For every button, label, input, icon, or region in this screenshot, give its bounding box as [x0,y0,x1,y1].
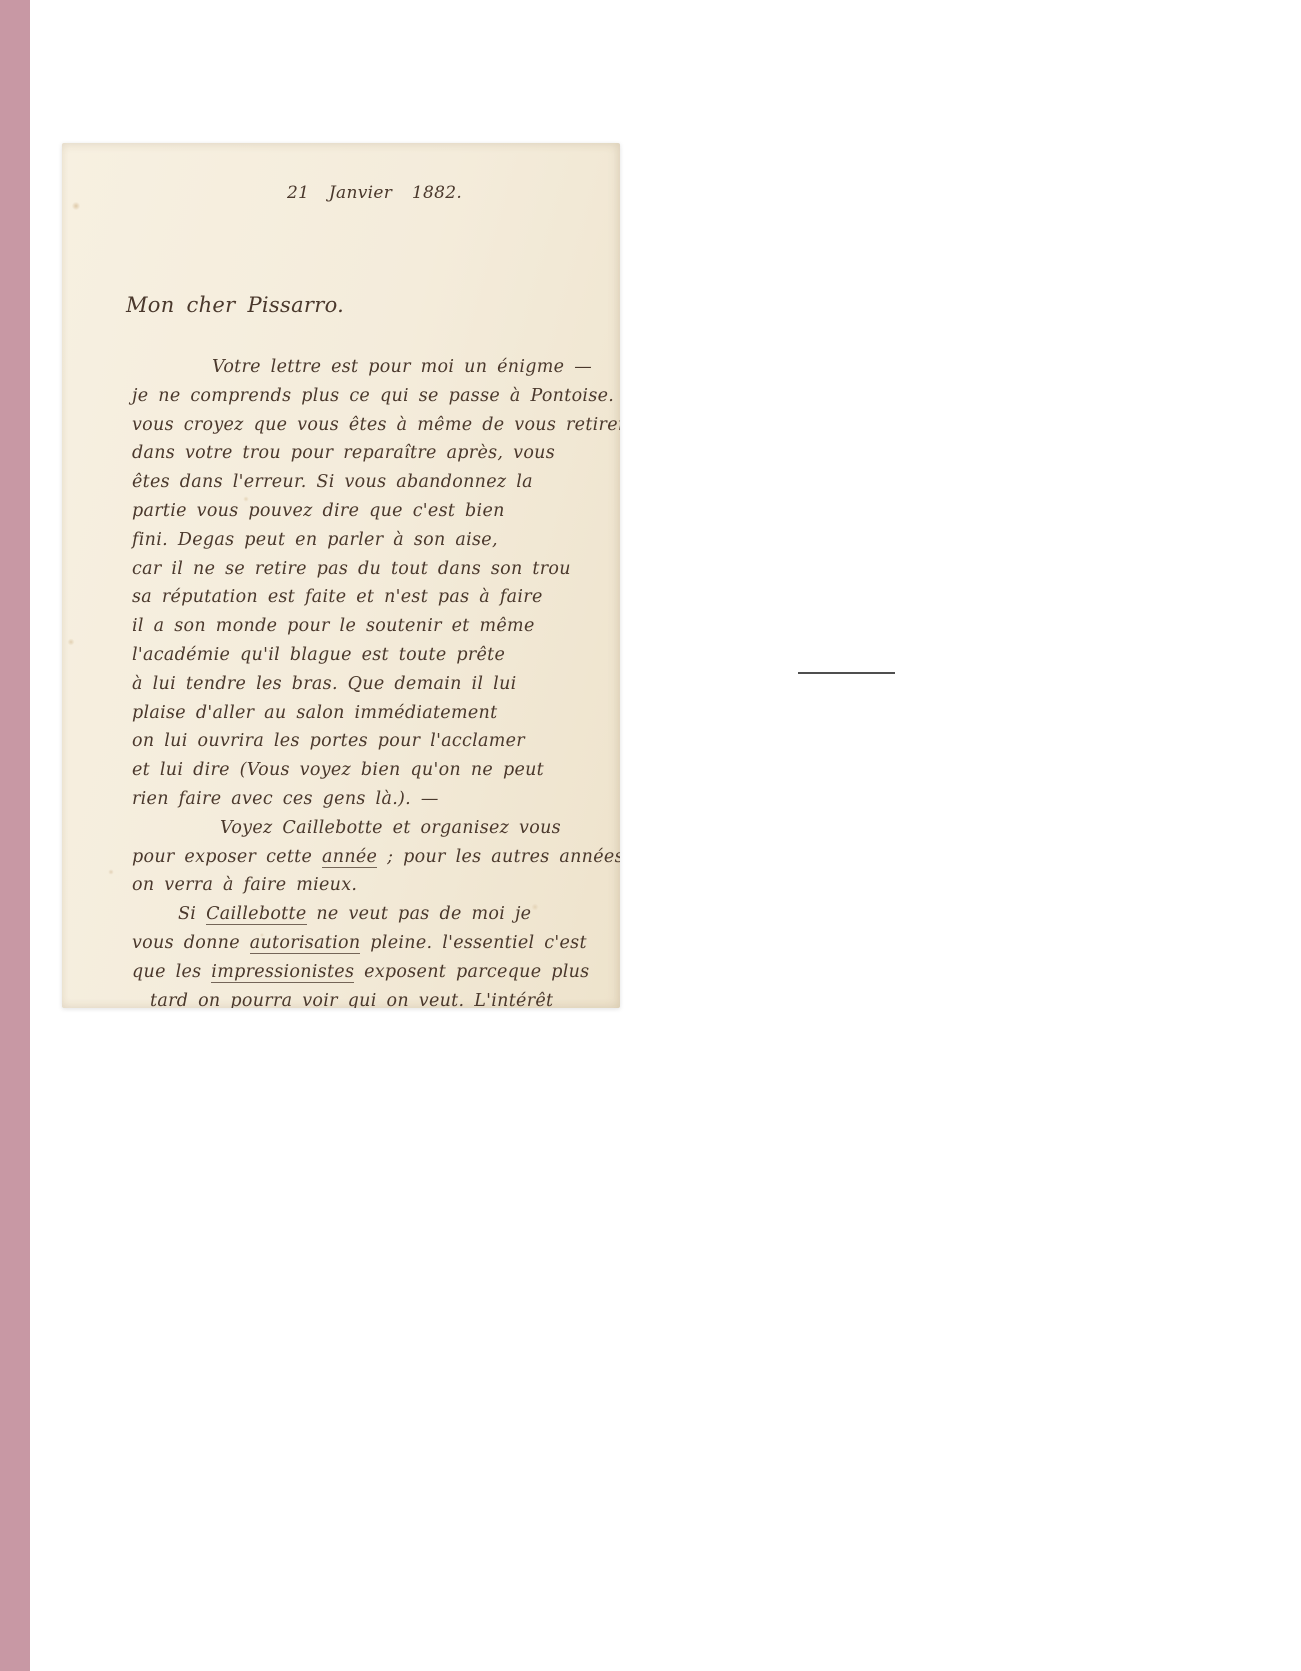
letter-line: partie vous pouvez dire que c'est bien [132,497,610,526]
letter-line: vous croyez que vous êtes à même de vous… [132,411,610,440]
letter-line: je ne comprends plus ce qui se passe à P… [132,382,610,411]
letter-line: plaise d'aller au salon immédiatement [132,699,610,728]
letter-body: Votre lettre est pour moi un énigme —je … [132,353,610,1008]
letter-line: Voyez Caillebotte et organisez vous [220,814,610,843]
letter-line: dans votre trou pour reparaître après, v… [132,439,610,468]
letter-line: tard on pourra voir qui on veut. L'intér… [150,987,610,1008]
underlined-word: impressionistes [211,962,354,983]
left-accent-stripe [0,0,30,1671]
letter-line: Votre lettre est pour moi un énigme — [212,353,610,382]
letter-line: Si Caillebotte ne veut pas de moi je [178,900,610,929]
letter-line: fini. Degas peut en parler à son aise, [132,526,610,555]
letter-line: et lui dire (Vous voyez bien qu'on ne pe… [132,756,610,785]
letter-scan: 21 Janvier 1882. Mon cher Pissarro. Votr… [62,143,620,1008]
letter-line: on lui ouvrira les portes pour l'acclame… [132,727,610,756]
letter-line: pour exposer cette année ; pour les autr… [132,843,610,872]
letter-line: sa réputation est faite et n'est pas à f… [132,583,610,612]
page: 21 Janvier 1882. Mon cher Pissarro. Votr… [0,0,1301,1671]
letter-line: il a son monde pour le soutenir et même [132,612,610,641]
letter-line: que les impressionistes exposent parcequ… [132,958,610,987]
letter-date: 21 Janvier 1882. [287,183,462,203]
underlined-word: Caillebotte [206,904,306,925]
letter-line: l'académie qu'il blague est toute prête [132,641,610,670]
letter-line: on verra à faire mieux. [132,871,610,900]
underlined-word: autorisation [250,933,361,954]
letter-line: êtes dans l'erreur. Si vous abandonnez l… [132,468,610,497]
underlined-word: année [322,847,377,868]
letter-salutation: Mon cher Pissarro. [126,293,344,317]
divider-line [798,672,895,674]
letter-line: rien faire avec ces gens là.). — [132,785,610,814]
letter-line: vous donne autorisation pleine. l'essent… [132,929,610,958]
letter-line: à lui tendre les bras. Que demain il lui [132,670,610,699]
letter-line: car il ne se retire pas du tout dans son… [132,555,610,584]
